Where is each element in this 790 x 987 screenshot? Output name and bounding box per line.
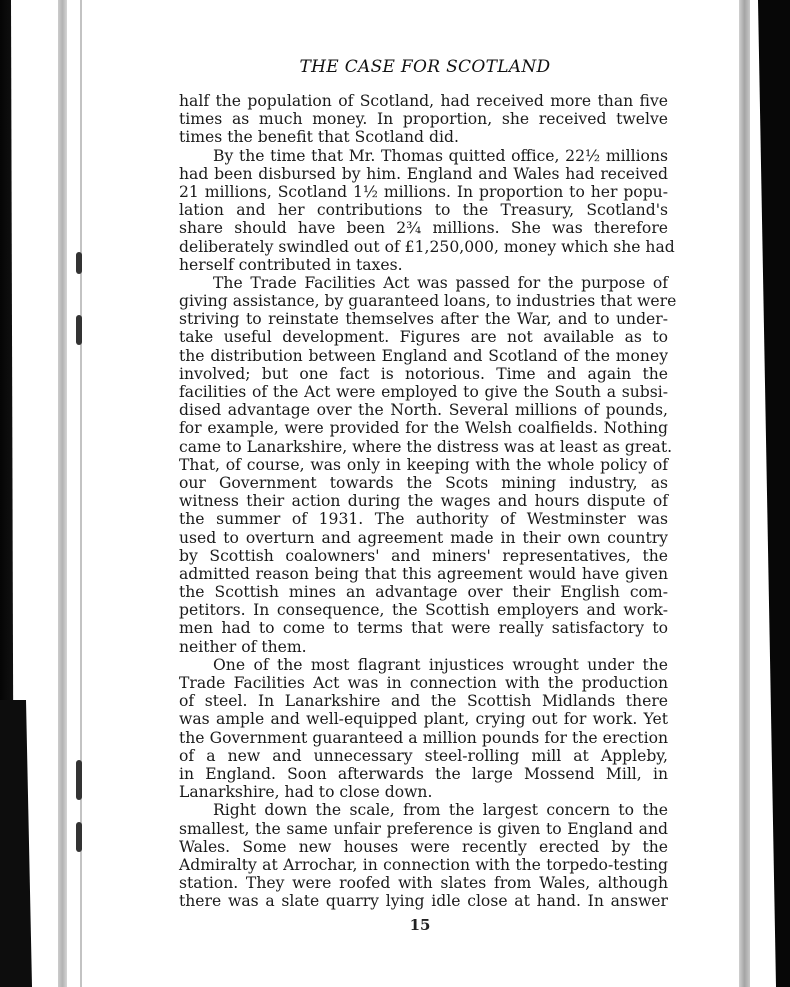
page-gutter-shadow-left <box>58 0 67 987</box>
text-line: times as much money. In proportion, she … <box>179 110 668 128</box>
text-line: Right down the scale, from the largest c… <box>179 801 668 819</box>
text-line: involved; but one fact is notorious. Tim… <box>179 365 668 383</box>
text-line: One of the most flagrant injustices wrou… <box>179 656 668 674</box>
binding-stitch-mark <box>76 760 82 800</box>
paragraph: One of the most flagrant injustices wrou… <box>179 656 668 802</box>
text-line: witness their action during the wages an… <box>179 492 668 510</box>
binding-stitch-mark <box>76 822 82 852</box>
text-line: used to overturn and agreement made in t… <box>179 529 668 547</box>
text-line: there was a slate quarry lying idle clos… <box>179 892 668 910</box>
text-line: the Government guaranteed a million poun… <box>179 729 668 747</box>
text-line: petitors. In consequence, the Scottish e… <box>179 601 668 619</box>
text-line: take useful development. Figures are not… <box>179 328 668 346</box>
page-number: 15 <box>370 916 470 934</box>
text-line: came to Lanarkshire, where the distress … <box>179 438 668 456</box>
text-line: The Trade Facilities Act was passed for … <box>179 274 668 292</box>
text-line: station. They were roofed with slates fr… <box>179 874 668 892</box>
text-line: Wales. Some new houses were recently ere… <box>179 838 668 856</box>
text-line: the Scottish mines an advantage over the… <box>179 583 668 601</box>
text-line: dised advantage over the North. Several … <box>179 401 668 419</box>
text-line: the distribution between England and Sco… <box>179 347 668 365</box>
text-line: smallest, the same unfair preference is … <box>179 820 668 838</box>
text-line: had been disbursed by him. England and W… <box>179 165 668 183</box>
text-line: Trade Facilities Act was in connection w… <box>179 674 668 692</box>
text-line: admitted reason being that this agreemen… <box>179 565 668 583</box>
text-line: share should have been 2¾ millions. She … <box>179 219 668 237</box>
text-line: neither of them. <box>179 638 668 656</box>
text-line: Lanarkshire, had to close down. <box>179 783 668 801</box>
text-line: by Scottish coalowners' and miners' repr… <box>179 547 668 565</box>
binding-stitch-mark <box>76 315 82 345</box>
text-line: lation and her contributions to the Trea… <box>179 201 668 219</box>
text-line: times the benefit that Scotland did. <box>179 128 668 146</box>
text-line: facilities of the Act were employed to g… <box>179 383 668 401</box>
body-text: half the population of Scotland, had rec… <box>179 92 668 910</box>
text-line: in England. Soon afterwards the large Mo… <box>179 765 668 783</box>
text-line: Admiralty at Arrochar, in connection wit… <box>179 856 668 874</box>
text-line: By the time that Mr. Thomas quitted offi… <box>179 147 668 165</box>
text-line: giving assistance, by guaranteed loans, … <box>179 292 668 310</box>
text-line: the summer of 1931. The authority of Wes… <box>179 510 668 528</box>
running-head: THE CASE FOR SCOTLAND <box>170 57 680 77</box>
paragraph: By the time that Mr. Thomas quitted offi… <box>179 147 668 274</box>
text-line: herself contributed in taxes. <box>179 256 668 274</box>
text-line: men had to come to terms that were reall… <box>179 619 668 637</box>
text-line: half the population of Scotland, had rec… <box>179 92 668 110</box>
page-edge-shadow-right <box>739 0 750 987</box>
text-line: was ample and well-equipped plant, cryin… <box>179 710 668 728</box>
text-line: of a new and unnecessary steel-rolling m… <box>179 747 668 765</box>
binding-stitch-mark <box>76 252 82 274</box>
text-line: striving to reinstate themselves after t… <box>179 310 668 328</box>
text-line: deliberately swindled out of £1,250,000,… <box>179 238 668 256</box>
text-line: our Government towards the Scots mining … <box>179 474 668 492</box>
scan-border-right <box>758 0 790 987</box>
paragraph: Right down the scale, from the largest c… <box>179 801 668 910</box>
text-line: That, of course, was only in keeping wit… <box>179 456 668 474</box>
text-line: 21 millions, Scotland 1½ millions. In pr… <box>179 183 668 201</box>
scan-border-left-lower <box>0 700 32 987</box>
text-line: for example, were provided for the Welsh… <box>179 419 668 437</box>
text-line: of steel. In Lanarkshire and the Scottis… <box>179 692 668 710</box>
paragraph: The Trade Facilities Act was passed for … <box>179 274 668 656</box>
paragraph: half the population of Scotland, had rec… <box>179 92 668 147</box>
